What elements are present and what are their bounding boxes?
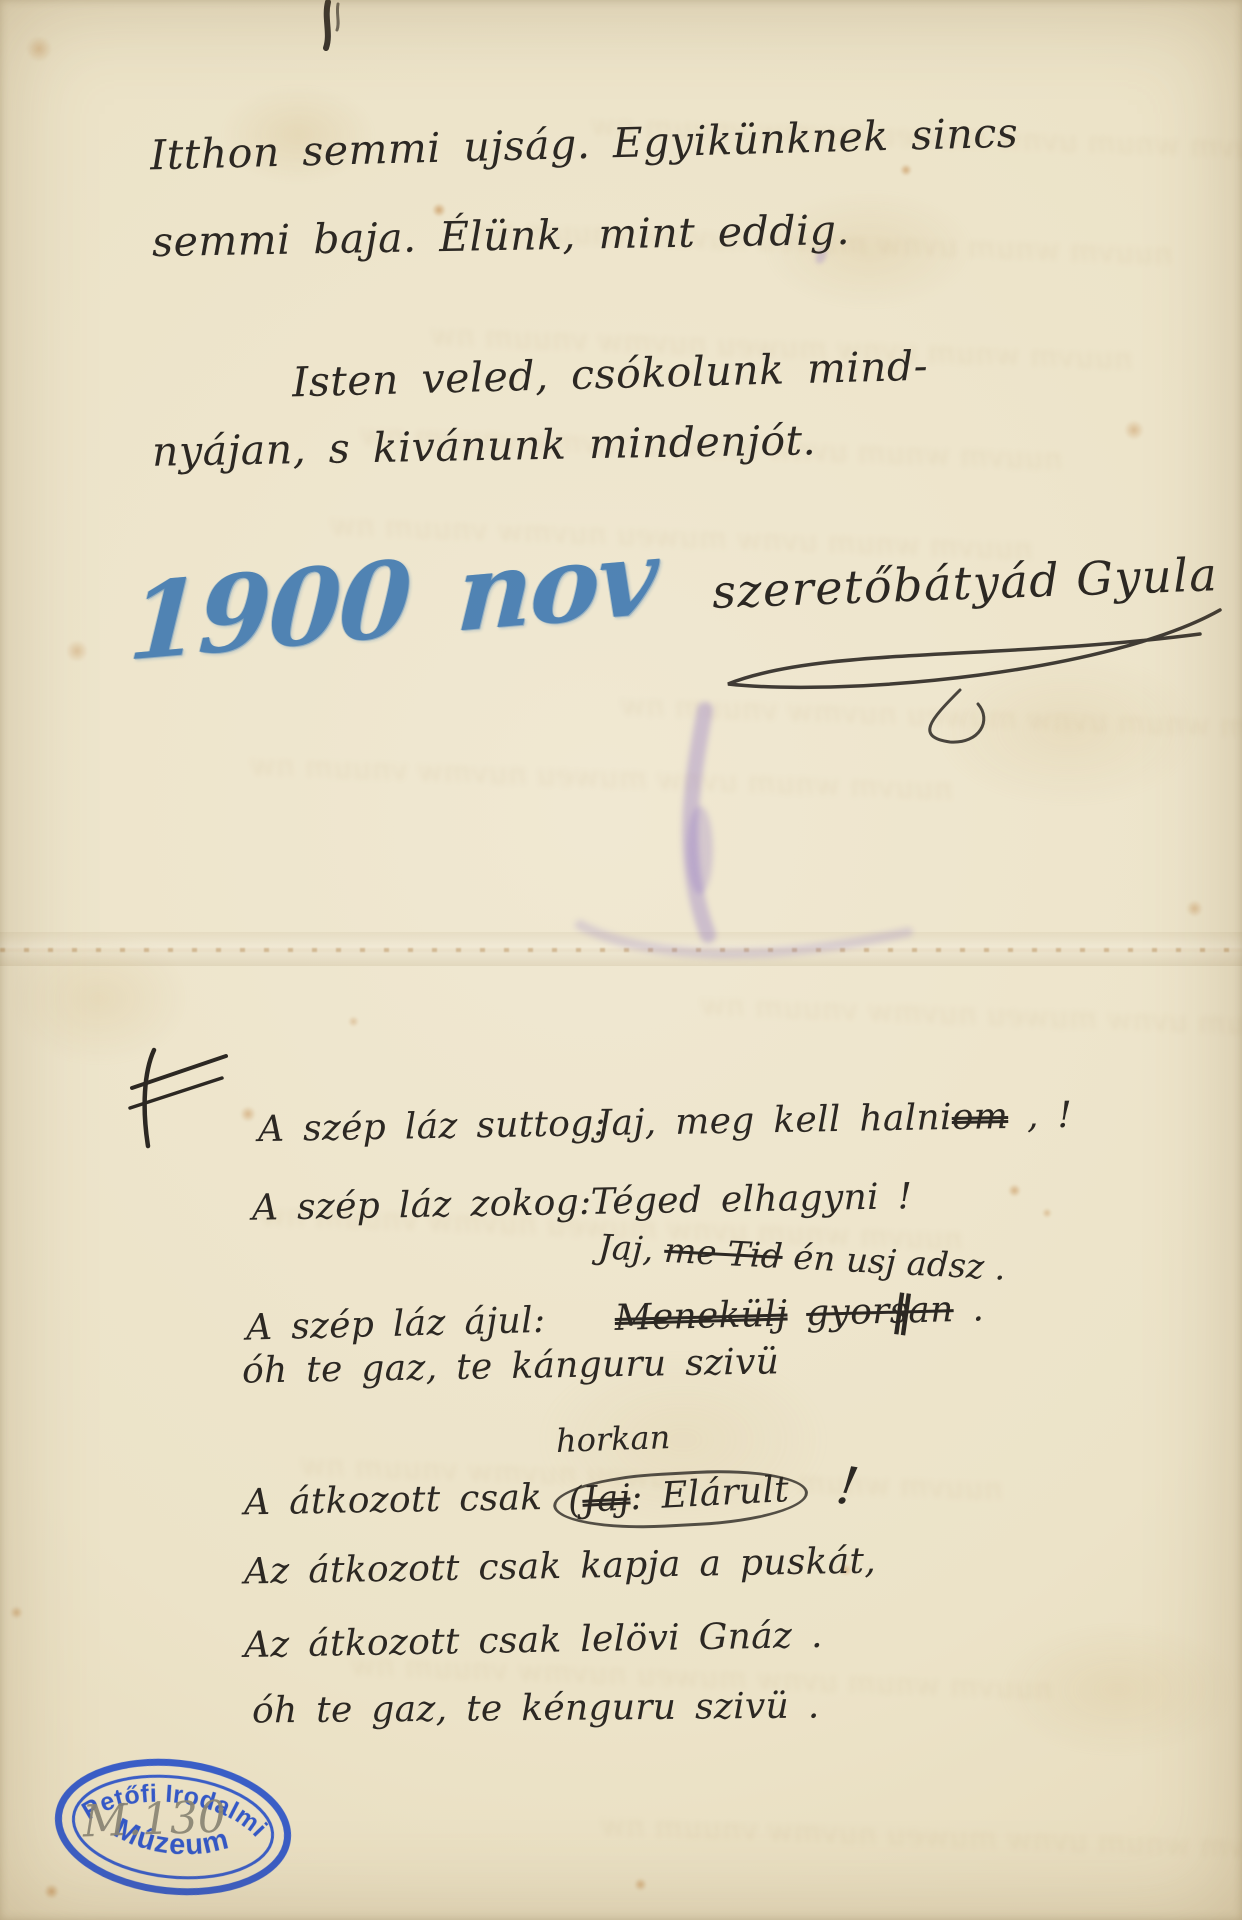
fold-crease xyxy=(0,948,1242,952)
letter-line: Isten veled, csókolunk mind- xyxy=(291,342,928,407)
poem-line: Az átkozott csak lelövi Gnáz . xyxy=(244,1615,823,1666)
poem-line: A szép láz suttog: Jaj, meg kell halniom… xyxy=(258,1095,1073,1150)
verso-showthrough: nuuvm wnum uvnw muweu nuvmw vnuum nw xyxy=(600,1808,1242,1868)
poem-line: Az átkozott csak kapja a puskát, xyxy=(244,1540,877,1592)
poem-line3-scribbled: Menekülj xyxy=(614,1293,788,1339)
verso-showthrough: nuuvm wnum uvnw muweu nuvmw vnuum nw xyxy=(250,748,954,808)
foxing-spot xyxy=(1186,900,1203,917)
letter-line: semmi baja. Élünk, mint eddig. xyxy=(152,206,851,266)
poem-line: A szép láz zokog: Téged elhagyni ! xyxy=(252,1176,913,1229)
poem-line: A szép láz ájul: Menekülj gyorsan . xyxy=(246,1288,985,1348)
poem-line1-tail: , ! xyxy=(1027,1095,1073,1137)
poem-inserted-word: horkan xyxy=(555,1418,671,1460)
poem-line: A átkozott csak (Jaj: Elárult ! xyxy=(243,1457,858,1535)
poem-line5-rest: : Elárult xyxy=(629,1469,790,1518)
insertion-lead: Jaj, xyxy=(597,1227,654,1270)
poem-line: óh te gaz, te kánguru szivü xyxy=(242,1341,780,1391)
poem-line5-struck: Jaj xyxy=(581,1477,631,1520)
ink-speck xyxy=(318,0,352,52)
poem-line3-intro: A szép láz ájul: xyxy=(246,1299,597,1349)
foxing-spot xyxy=(348,1016,359,1027)
foxing-spot xyxy=(1042,1208,1052,1218)
poem-line3-tail: . xyxy=(972,1288,985,1329)
poem-line2-body: Téged elhagyni ! xyxy=(590,1176,912,1223)
foxing-spot xyxy=(26,36,52,62)
insertion-struck: me Tid xyxy=(663,1231,783,1277)
purple-smudge xyxy=(540,650,970,980)
crayon-date: 1900 nov xyxy=(126,514,660,684)
foxing-spot xyxy=(66,640,88,662)
poem-insertion-line: Jaj, me Tid én usj adsz . xyxy=(597,1227,1006,1288)
signature: szeretőbátyád Gyula xyxy=(711,547,1219,619)
foxing-spot xyxy=(634,1878,647,1891)
poem-line3-struck: gyorsan xyxy=(806,1289,955,1334)
poem-line5-exclamation: ! xyxy=(832,1456,862,1519)
poem-line: óh te gaz, te kénguru szivü . xyxy=(252,1686,820,1732)
verso-showthrough: nuuvm wnum uvnw muweu nuvmw vnuum nw xyxy=(620,688,1242,748)
poem-line1-intro: A szép láz suttog: xyxy=(258,1104,579,1151)
foxing-spot xyxy=(10,1606,23,1619)
inventory-number-pencil: M.130 xyxy=(82,1792,227,1848)
foxing-spot xyxy=(1124,420,1144,440)
signature-flourish xyxy=(700,592,1242,757)
poem-line1-struck: om xyxy=(951,1096,1008,1138)
manuscript-page: nuuvm wnum uvnw muweu nuvmw vnuum nw nuu… xyxy=(0,0,1242,1920)
foxing-spot xyxy=(1008,1184,1021,1197)
letter-line: nyájan, s kivánunk mindenjót. xyxy=(152,416,817,476)
poem-line2-intro: A szép láz zokog: xyxy=(252,1182,573,1229)
poem-line5-circled-group: (Jaj: Elárult xyxy=(552,1465,810,1533)
verso-showthrough: nuuvm wnum uvnw muweu nuvmw vnuum nw xyxy=(700,988,1242,1048)
museum-stamp: Petőfi Irodalmi Múzeum M.130 xyxy=(41,1739,305,1914)
foxing-spot xyxy=(240,1106,256,1122)
poem-line5-intro: A átkozott csak xyxy=(244,1477,535,1523)
poem-line1-body: Jaj, meg kell halni xyxy=(596,1097,952,1144)
letter-line: Itthon semmi ujság. Egyikünknek sincs xyxy=(150,109,1019,180)
deletion-mark xyxy=(126,1046,236,1156)
insertion-tail: én usj adsz . xyxy=(792,1238,1006,1289)
fold-crease-shade xyxy=(0,932,1242,966)
foxing-spot xyxy=(900,164,912,176)
